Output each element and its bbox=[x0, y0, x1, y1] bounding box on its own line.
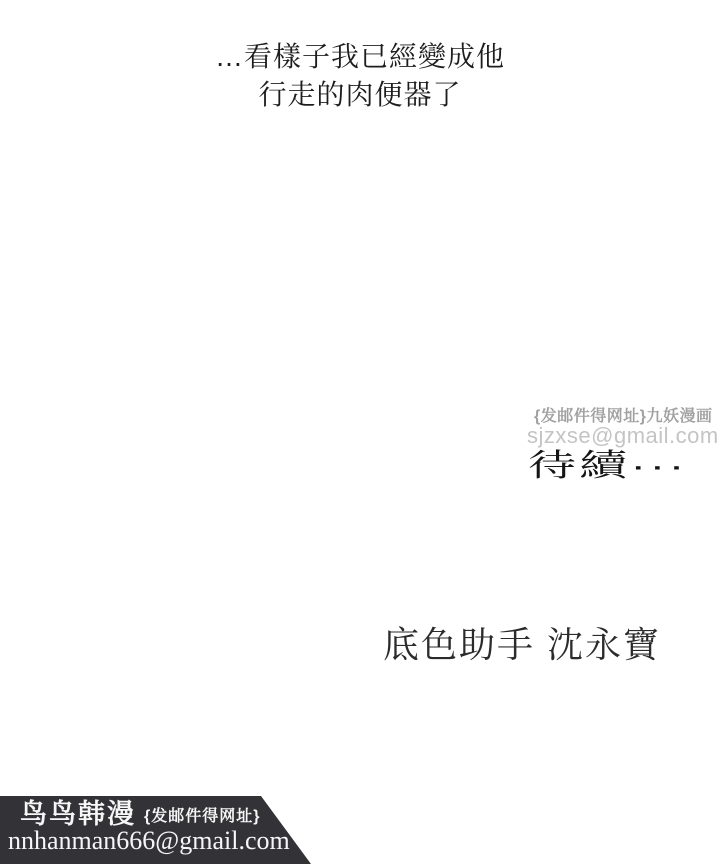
footer-brand-name: 鸟鸟韩漫 bbox=[20, 800, 136, 829]
translator-footer-banner: 鸟鸟韩漫 {发邮件得网址} nnhanman666@gmail.com bbox=[0, 796, 330, 864]
footer-top-row: 鸟鸟韩漫 {发邮件得网址} bbox=[20, 800, 260, 829]
narration-text: …看樣子我已經變成他 行走的肉便器了 bbox=[0, 38, 720, 114]
narration-line-2: 行走的肉便器了 bbox=[0, 76, 720, 114]
comic-page: …看樣子我已經變成他 行走的肉便器了 {发邮件得网址}九妖漫画 sjzxse@g… bbox=[0, 0, 720, 864]
narration-line-1: …看樣子我已經變成他 bbox=[0, 38, 720, 76]
assistant-credit-text: 底色助手 沈永寶 bbox=[383, 617, 661, 668]
to-be-continued-text: 待續··· bbox=[528, 440, 688, 485]
footer-contact-email: nnhanman666@gmail.com bbox=[8, 827, 290, 854]
